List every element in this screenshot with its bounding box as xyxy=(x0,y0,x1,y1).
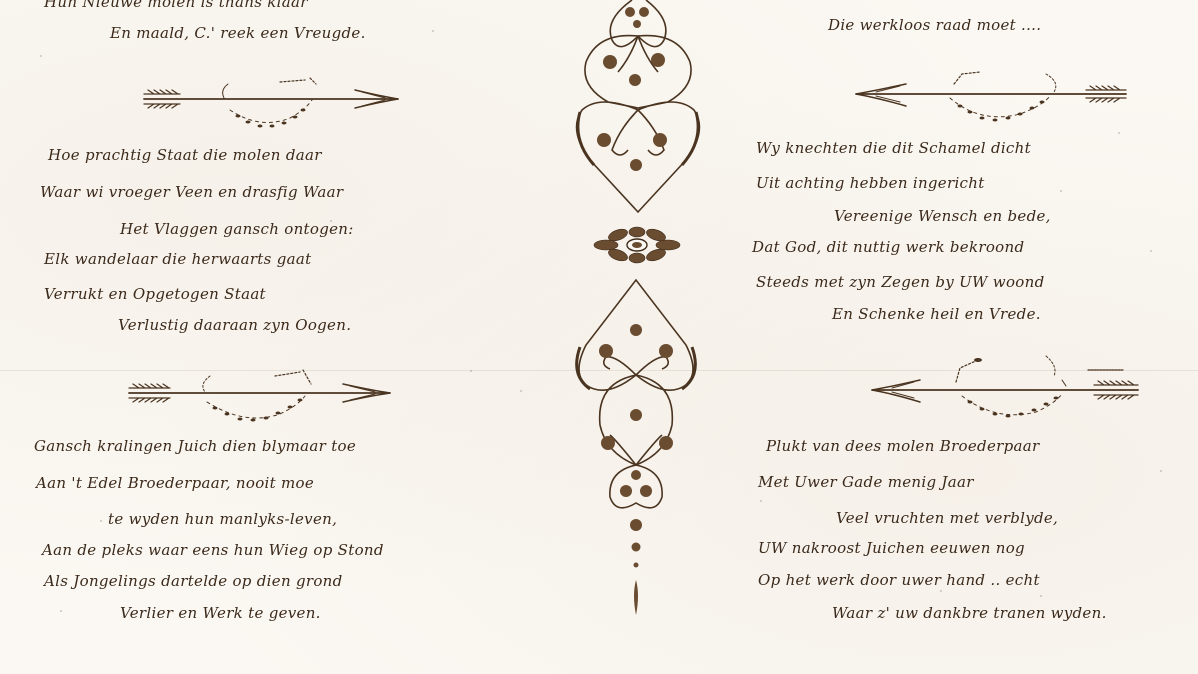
poem-line: Waar wi vroeger Veen en drasfig Waar xyxy=(40,183,343,201)
poem-line: En Schenke heil en Vrede. xyxy=(832,305,1041,323)
paper-speck xyxy=(100,520,102,522)
poem-line: Verrukt en Opgetogen Staat xyxy=(44,285,266,303)
paper-speck xyxy=(1150,250,1152,252)
paper-speck xyxy=(432,30,434,32)
poem-line: Als Jongelings dartelde op dien grond xyxy=(44,572,343,590)
poem-line: Het Vlaggen gansch ontogen: xyxy=(120,220,354,238)
poem-line: Verlier en Werk te geven. xyxy=(120,604,321,622)
paper-speck xyxy=(520,390,522,392)
poem-line: te wyden hun manlyks-leven, xyxy=(108,510,337,528)
poem-line: Wy knechten die dit Schamel dicht xyxy=(756,139,1031,157)
paper-speck xyxy=(470,370,472,372)
arrow-left-wreath-icon xyxy=(866,352,1141,427)
poem-line: Met Uwer Gade menig Jaar xyxy=(758,473,974,491)
poem-line: Elk wandelaar die herwaarts gaat xyxy=(44,250,311,268)
poem-line: Dat God, dit nuttig werk bekroond xyxy=(752,238,1024,256)
paper-speck xyxy=(940,590,942,592)
poem-line: Aan 't Edel Broederpaar, nooit moe xyxy=(36,474,314,492)
paper-speck xyxy=(1060,190,1062,192)
poem-line: Veel vruchten met verblyde, xyxy=(836,509,1058,527)
arrow-right-wreath-icon xyxy=(125,362,395,432)
poem-line: Waar z' uw dankbre tranen wyden. xyxy=(832,604,1107,622)
arrow-left-wreath-icon xyxy=(850,62,1130,132)
paper-speck xyxy=(1160,470,1162,472)
poem-line: Steeds met zyn Zegen by UW woond xyxy=(756,273,1044,291)
poem-line: En maald, C.' reek een Vreugde. xyxy=(110,24,366,42)
poem-line: Hun Nieuwe molen is thans klaar xyxy=(44,0,308,11)
paper-speck xyxy=(1118,132,1120,134)
paper-speck xyxy=(60,610,62,612)
poem-line: Op het werk door uwer hand .. echt xyxy=(758,571,1040,589)
poem-line: Hoe prachtig Staat die molen daar xyxy=(48,146,322,164)
heart-scroll-stack-bottom-icon xyxy=(566,275,716,620)
paper-speck xyxy=(1040,595,1042,597)
arrow-right-wreath-icon xyxy=(140,70,405,140)
heart-scroll-stack-top-icon xyxy=(560,0,720,215)
poem-line: UW nakroost Juichen eeuwen nog xyxy=(758,539,1025,557)
poem-line: Plukt van dees molen Broederpaar xyxy=(766,437,1039,455)
poem-line: Uit achting hebben ingericht xyxy=(756,174,985,192)
poem-line: Verlustig daaraan zyn Oogen. xyxy=(118,316,351,334)
poem-line: Die werkloos raad moet .... xyxy=(828,16,1041,34)
paper-speck xyxy=(760,500,762,502)
poem-line: Aan de pleks waar eens hun Wieg op Stond xyxy=(42,541,384,559)
poem-line: Vereenige Wensch en bede, xyxy=(834,207,1051,225)
paper-speck xyxy=(40,55,42,57)
poem-line: Gansch kralingen Juich dien blymaar toe xyxy=(34,437,356,455)
flower-rosette-icon xyxy=(592,225,682,265)
